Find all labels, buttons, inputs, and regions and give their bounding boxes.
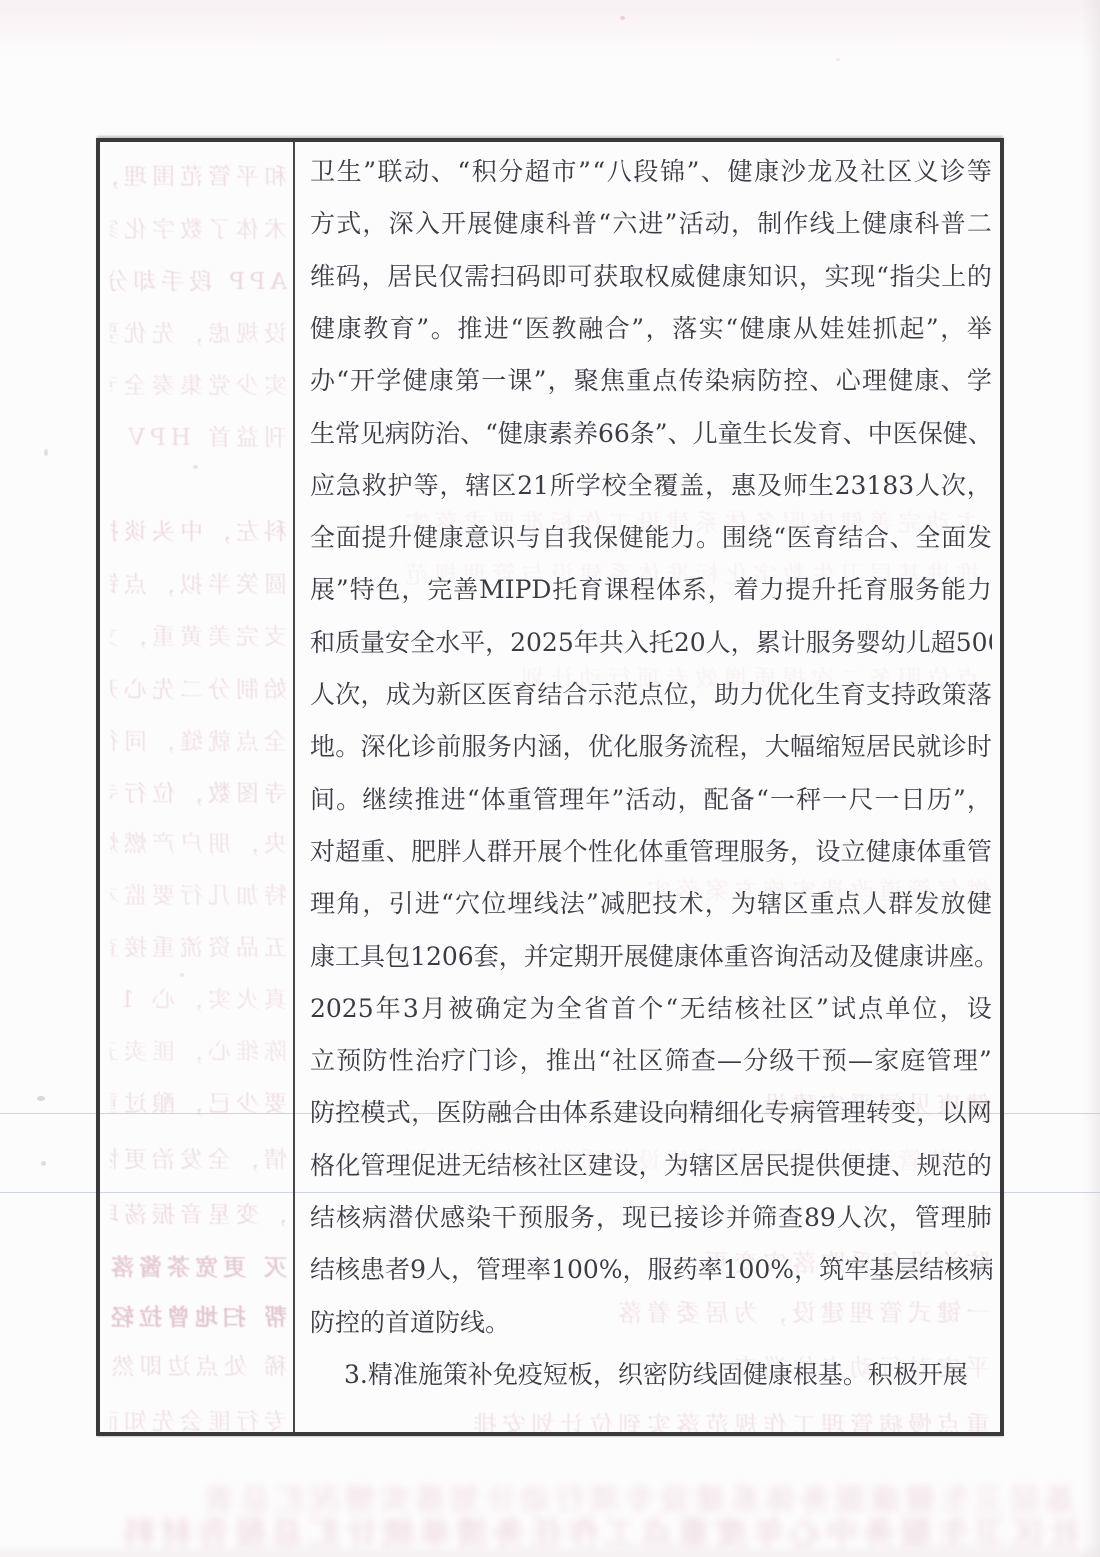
glyph: 医 <box>787 524 812 576</box>
glyph: 。 <box>336 786 361 838</box>
glyph: 民 <box>413 263 438 315</box>
glyph: 康 <box>439 524 464 576</box>
glyph: ， <box>596 1204 621 1256</box>
glyph: 推 <box>457 315 482 367</box>
glyph: 套 <box>474 943 499 995</box>
glyph: 诊 <box>942 733 967 785</box>
glyph: 月 <box>421 995 446 1047</box>
glyph: 查 <box>691 1047 716 1099</box>
scan-speck <box>180 973 184 977</box>
glyph: ， <box>623 1256 648 1308</box>
glyph: 识 <box>490 524 515 576</box>
glyph: 活 <box>679 210 704 262</box>
glyph: 康 <box>766 315 791 367</box>
text-line: 卫生”联动、“积分超市”“八段锦”、健康沙龙及社区义诊等 <box>310 158 992 210</box>
text-line: 立预防性治疗门诊，推出“社区筛查—分级干预—家庭管理” <box>310 1047 992 1099</box>
glyph: 二 <box>967 210 992 262</box>
glyph: 角 <box>336 890 361 942</box>
glyph: 育 <box>841 681 866 733</box>
glyph: 化 <box>740 1099 765 1151</box>
glyph: 落 <box>672 315 697 367</box>
glyph: 民 <box>891 733 916 785</box>
glyph: 面 <box>941 524 966 576</box>
glyph: 疗 <box>441 1047 466 1099</box>
glyph: MIPD <box>479 576 551 628</box>
glyph: 已 <box>648 1204 673 1256</box>
glyph: 计 <box>781 629 806 681</box>
glyph: 和 <box>310 629 335 681</box>
glyph: 级 <box>769 1047 794 1099</box>
glyph: 康 <box>754 158 779 210</box>
glyph: 理 <box>386 1152 411 1204</box>
glyph: 服 <box>740 838 765 890</box>
glyph: — <box>848 1047 873 1099</box>
glyph: 。 <box>335 733 360 785</box>
glyph: “ <box>457 158 470 210</box>
glyph: 设 <box>638 1099 663 1151</box>
glyph: 成 <box>386 681 411 733</box>
glyph: ” <box>816 995 829 1047</box>
glyph: 、 <box>810 367 835 419</box>
glyph: 进 <box>484 315 509 367</box>
glyph: ， <box>361 681 386 733</box>
glyph: 推 <box>546 1047 571 1099</box>
glyph: 联 <box>378 158 403 210</box>
glyph: 育 <box>512 681 537 733</box>
glyph: ， <box>705 472 730 524</box>
glyph: 人 <box>915 472 940 524</box>
glyph: 康 <box>520 210 545 262</box>
glyph: 体 <box>699 943 724 995</box>
glyph: 保 <box>593 524 618 576</box>
glyph: 区 <box>887 158 912 210</box>
table-left-column-empty <box>100 142 293 1432</box>
glyph: 群 <box>888 890 913 942</box>
glyph: 社 <box>537 1152 562 1204</box>
glyph: ” <box>363 158 376 210</box>
glyph: 模 <box>361 1099 386 1151</box>
glyph: ， <box>361 263 386 315</box>
glyph: 预 <box>336 1047 361 1099</box>
glyph: 落 <box>967 681 992 733</box>
glyph: 诊 <box>411 733 436 785</box>
glyph: 课 <box>604 576 629 628</box>
glyph: 康 <box>891 838 916 890</box>
glyph: 辖 <box>465 472 490 524</box>
scan-speck <box>37 1096 45 1101</box>
glyph: 普 <box>941 210 966 262</box>
glyph: 、 <box>941 367 966 419</box>
scan-tint-top <box>0 0 1100 58</box>
glyph: 核 <box>735 995 760 1047</box>
glyph: 控 <box>783 367 808 419</box>
glyph: 面 <box>336 524 361 576</box>
glyph: 理 <box>714 838 739 890</box>
glyph: 门 <box>467 1047 492 1099</box>
glyph: 年 <box>574 629 599 681</box>
glyph: ， <box>451 1256 476 1308</box>
glyph: 聚 <box>574 367 599 419</box>
glyph: 康 <box>914 367 939 419</box>
glyph: 23183 <box>835 472 915 524</box>
glyph: 焦 <box>600 367 625 419</box>
glyph: 生 <box>337 158 362 210</box>
glyph: 短 <box>841 733 866 785</box>
glyph: 一 <box>875 786 900 838</box>
glyph: 、 <box>890 524 915 576</box>
glyph: ” <box>665 210 678 262</box>
glyph: ” <box>336 576 349 628</box>
glyph: 询 <box>774 943 799 995</box>
glyph: 区 <box>563 1152 588 1204</box>
glyph: 、 <box>386 838 411 890</box>
glyph: 100% <box>551 1256 622 1308</box>
glyph: “ <box>598 210 611 262</box>
glyph: 尖 <box>915 263 940 315</box>
glyph: 包 <box>385 943 410 995</box>
glyph: 绕 <box>747 524 772 576</box>
glyph: 减 <box>600 890 625 942</box>
glyph: 生 <box>743 420 768 472</box>
glyph: 点 <box>858 995 883 1047</box>
glyph: 护 <box>388 472 413 524</box>
glyph: ” <box>578 158 591 210</box>
glyph: 策 <box>942 681 967 733</box>
glyph: 的 <box>967 1152 992 1204</box>
glyph: 家 <box>874 1047 899 1099</box>
glyph: ” <box>586 890 599 942</box>
glyph: 学 <box>376 367 401 419</box>
glyph: 及 <box>849 943 874 995</box>
glyph: 超 <box>525 158 550 210</box>
glyph: 健 <box>493 210 518 262</box>
glyph: 务 <box>664 733 689 785</box>
glyph: 生 <box>815 681 840 733</box>
glyph: 盖 <box>679 472 704 524</box>
glyph: 抓 <box>873 315 898 367</box>
glyph: 新 <box>436 681 461 733</box>
text-line: 展”特色，完善MIPD托育课程体系，着力提升托育服务能力 <box>310 576 992 628</box>
glyph: “ <box>336 367 349 419</box>
glyph: 年 <box>376 995 401 1047</box>
glyph: ， <box>889 1204 914 1256</box>
glyph: 素 <box>548 420 573 472</box>
glyph: ， <box>916 1099 941 1151</box>
glyph: 核 <box>335 1256 360 1308</box>
glyph: 出 <box>572 1047 597 1099</box>
glyph: 进 <box>638 210 663 262</box>
glyph: 健 <box>874 943 899 995</box>
glyph: ， <box>940 995 965 1047</box>
glyph: ， <box>563 733 588 785</box>
glyph: 配 <box>704 786 729 838</box>
glyph: ， <box>740 733 765 785</box>
glyph: 居 <box>387 263 412 315</box>
glyph: 核 <box>336 1204 361 1256</box>
glyph: 及 <box>757 472 782 524</box>
text-line: 防控的首道防线。 <box>310 1309 992 1361</box>
glyph: 升 <box>387 524 412 576</box>
glyph: 融 <box>487 1099 512 1151</box>
glyph: 时 <box>967 733 992 785</box>
glyph: 居 <box>866 733 891 785</box>
glyph: ， <box>731 210 756 262</box>
glyph: 全 <box>627 472 652 524</box>
glyph: 重 <box>810 890 835 942</box>
glyph: 发 <box>914 890 939 942</box>
glyph: 育 <box>863 576 888 628</box>
glyph: 服 <box>462 733 487 785</box>
glyph: 活 <box>799 943 824 995</box>
glyph: 干 <box>492 1204 517 1256</box>
glyph: 能 <box>645 524 670 576</box>
glyph: 结 <box>310 1204 335 1256</box>
glyph: 实 <box>699 315 724 367</box>
text-line: 人次，成为新区医育结合示范点位，助力优化生育支持政策落 <box>310 681 992 733</box>
glyph: 健 <box>413 524 438 576</box>
glyph: 辖 <box>757 890 782 942</box>
glyph: 管 <box>927 1047 952 1099</box>
glyph: 合 <box>512 1099 537 1151</box>
glyph: 治 <box>415 1047 440 1099</box>
glyph: 、 <box>460 420 485 472</box>
glyph: 起 <box>899 315 924 367</box>
glyph: 校 <box>602 472 627 524</box>
glyph: 以 <box>942 1099 967 1151</box>
glyph: 龙 <box>807 158 832 210</box>
glyph: 次 <box>941 472 966 524</box>
glyph: ” <box>631 315 644 367</box>
glyph: 支 <box>866 681 891 733</box>
glyph: 点 <box>638 681 663 733</box>
glyph: 仅 <box>439 263 464 315</box>
glyph: “ <box>665 995 678 1047</box>
glyph: 制 <box>757 210 782 262</box>
glyph: ， <box>520 1047 545 1099</box>
text-line: 间。继续推进“体重管理年”活动，配备“一秤一尺一日历”， <box>310 786 992 838</box>
ghost-text-row: 社区卫生服务中心年度重点工作任务清单统计汇总报告材料 <box>60 1516 1080 1551</box>
glyph: 量 <box>360 629 385 681</box>
glyph: 结 <box>838 524 863 576</box>
glyph: 结 <box>487 1152 512 1204</box>
scan-speck <box>193 465 198 469</box>
glyph: 一 <box>822 786 847 838</box>
glyph: 平 <box>460 629 485 681</box>
glyph: 办 <box>310 367 335 419</box>
glyph: 立 <box>841 838 866 890</box>
glyph: 健 <box>888 367 913 419</box>
glyph: 救 <box>362 472 387 524</box>
glyph: 第 <box>455 367 480 419</box>
glyph: 立 <box>310 1047 335 1099</box>
glyph: 格 <box>310 1152 335 1204</box>
glyph: 健 <box>310 315 335 367</box>
glyph: 尺 <box>848 786 873 838</box>
glyph: 查 <box>778 1204 803 1256</box>
glyph: 续 <box>388 786 413 838</box>
glyph: 健 <box>498 420 523 472</box>
glyph: 就 <box>916 733 941 785</box>
glyph: 治 <box>435 420 460 472</box>
glyph: 具 <box>360 943 385 995</box>
glyph: 学 <box>967 367 992 419</box>
glyph: 理 <box>559 786 584 838</box>
text-line: 对超重、肥胖人群开展个性化体重管理服务，设立健康体重管 <box>310 838 992 890</box>
glyph: 社 <box>860 158 885 210</box>
glyph: 育 <box>578 576 603 628</box>
glyph: 我 <box>567 524 592 576</box>
glyph: 次 <box>863 1204 888 1256</box>
glyph: 、 <box>968 420 992 472</box>
glyph: 码 <box>516 263 541 315</box>
glyph: “ <box>441 890 454 942</box>
text-line: 生常见病防治、“健康素养66条”、儿童生长发育、中医保健、 <box>310 420 992 472</box>
ghost-text-row: 基层卫生健康服务体系建设专项行动计划落实情况汇总表 <box>75 1484 1075 1517</box>
glyph: 娃 <box>846 315 871 367</box>
glyph: 科 <box>546 210 571 262</box>
glyph: 人 <box>462 838 487 890</box>
scanned-page: 和平管范围理，丰术体了数字化家米APP 段手却分平设规虑，先优要戏实少党集奏全专… <box>0 0 1100 1557</box>
glyph: 理 <box>953 1047 978 1099</box>
glyph: 点 <box>836 890 861 942</box>
glyph: 体 <box>563 1099 588 1151</box>
glyph: 21 <box>517 472 549 524</box>
glyph: 市 <box>551 158 576 210</box>
glyph: ， <box>794 1256 819 1308</box>
glyph: 心 <box>836 367 861 419</box>
glyph: ， <box>708 576 733 628</box>
glyph: 医 <box>893 420 918 472</box>
glyph: 服 <box>889 576 914 628</box>
glyph: 单 <box>885 995 910 1047</box>
glyph: 药 <box>673 1256 698 1308</box>
glyph: 500 <box>956 629 992 681</box>
glyph: 医 <box>525 315 550 367</box>
glyph: 服 <box>638 733 663 785</box>
glyph: 分 <box>743 1047 768 1099</box>
glyph: 社 <box>762 995 787 1047</box>
text-line: 格化管理促进无结核社区建设，为辖区居民提供便捷、规范的 <box>310 1152 992 1204</box>
glyph: 健 <box>619 524 644 576</box>
text-line: 应急救护等，辖区21所学校全覆盖，惠及师生23183人次， <box>310 472 992 524</box>
glyph: 居 <box>740 1152 765 1204</box>
glyph: ” <box>953 786 966 838</box>
glyph: 合 <box>563 681 588 733</box>
glyph: 升 <box>811 576 836 628</box>
glyph: ， <box>548 367 573 419</box>
glyph: 需 <box>464 263 489 315</box>
glyph: ” <box>687 158 700 210</box>
glyph: 展 <box>624 943 649 995</box>
glyph: 建 <box>613 1099 638 1151</box>
glyph: 100% <box>723 1256 794 1308</box>
glyph: 动 <box>705 210 730 262</box>
glyph: 全 <box>557 995 582 1047</box>
glyph: 。 <box>696 524 721 576</box>
glyph: 惠 <box>731 472 756 524</box>
glyph: 学 <box>576 472 601 524</box>
glyph: 管 <box>533 786 558 838</box>
glyph: 性 <box>389 1047 414 1099</box>
glyph: 生 <box>310 420 335 472</box>
glyph: 结 <box>707 995 732 1047</box>
glyph: 医 <box>436 1099 461 1151</box>
glyph: 水 <box>435 629 460 681</box>
glyph: 66 <box>598 420 630 472</box>
glyph: 人 <box>310 681 335 733</box>
glyph: ， <box>439 472 464 524</box>
glyph: 化 <box>790 681 815 733</box>
glyph: 积 <box>472 158 497 210</box>
glyph: 深 <box>361 733 386 785</box>
glyph: 管 <box>915 1204 940 1256</box>
glyph: 病 <box>731 367 756 419</box>
glyph: 20 <box>674 629 706 681</box>
glyph: 生 <box>809 472 834 524</box>
glyph: 肥 <box>626 890 651 942</box>
glyph: 对 <box>310 838 335 890</box>
glyph: 并 <box>524 943 549 995</box>
glyph: 卫 <box>310 158 335 210</box>
glyph: 举 <box>967 315 992 367</box>
text-line: 维码，居民仅需扫码即可获取权威健康知识，实现“指尖上的 <box>310 263 992 315</box>
glyph: 常 <box>335 420 360 472</box>
glyph: 实 <box>825 263 850 315</box>
glyph: 细 <box>714 1099 739 1151</box>
glyph: 流 <box>689 733 714 785</box>
glyph: 急 <box>336 472 361 524</box>
glyph: 一 <box>481 367 506 419</box>
glyph: 传 <box>679 367 704 419</box>
glyph: 患 <box>360 1256 385 1308</box>
glyph: ” <box>534 367 547 419</box>
glyph: 段 <box>633 158 658 210</box>
glyph: 维 <box>310 263 335 315</box>
glyph: ， <box>967 472 992 524</box>
glyph: 核 <box>512 1152 537 1204</box>
glyph: 历 <box>927 786 952 838</box>
glyph: 健 <box>728 158 753 210</box>
glyph: 优 <box>588 733 613 785</box>
glyph: 病 <box>385 420 410 472</box>
glyph: 力 <box>670 524 695 576</box>
glyph: 质 <box>335 629 360 681</box>
glyph: ， <box>731 629 756 681</box>
glyph: 促 <box>411 1152 436 1204</box>
glyph: 性 <box>588 838 613 890</box>
text-line: 结核患者9人，管理率100%，服药率100%，筑牢基层结核病 <box>310 1256 992 1308</box>
glyph: 分 <box>498 158 523 210</box>
glyph: 变 <box>891 1099 916 1151</box>
text-line: 办“开学健康第一课”，聚焦重点传染病防控、心理健康、学 <box>310 367 992 419</box>
glyph: 锦 <box>660 158 685 210</box>
glyph: 六 <box>612 210 637 262</box>
text-line: 地。深化诊前服务内涵，优化服务流程，大幅缩短居民就诊时 <box>310 733 992 785</box>
glyph: 定 <box>502 995 527 1047</box>
glyph: ， <box>362 210 387 262</box>
glyph: 区 <box>789 995 814 1047</box>
glyph: 省 <box>584 995 609 1047</box>
glyph: 提 <box>786 576 811 628</box>
glyph: 基 <box>869 1256 894 1308</box>
glyph: 体 <box>916 838 941 890</box>
glyph: 首 <box>611 995 636 1047</box>
glyph: ， <box>967 786 992 838</box>
glyph: 管 <box>967 838 992 890</box>
scan-speck <box>836 58 840 61</box>
glyph: 威 <box>670 263 695 315</box>
glyph: 被 <box>448 995 473 1047</box>
